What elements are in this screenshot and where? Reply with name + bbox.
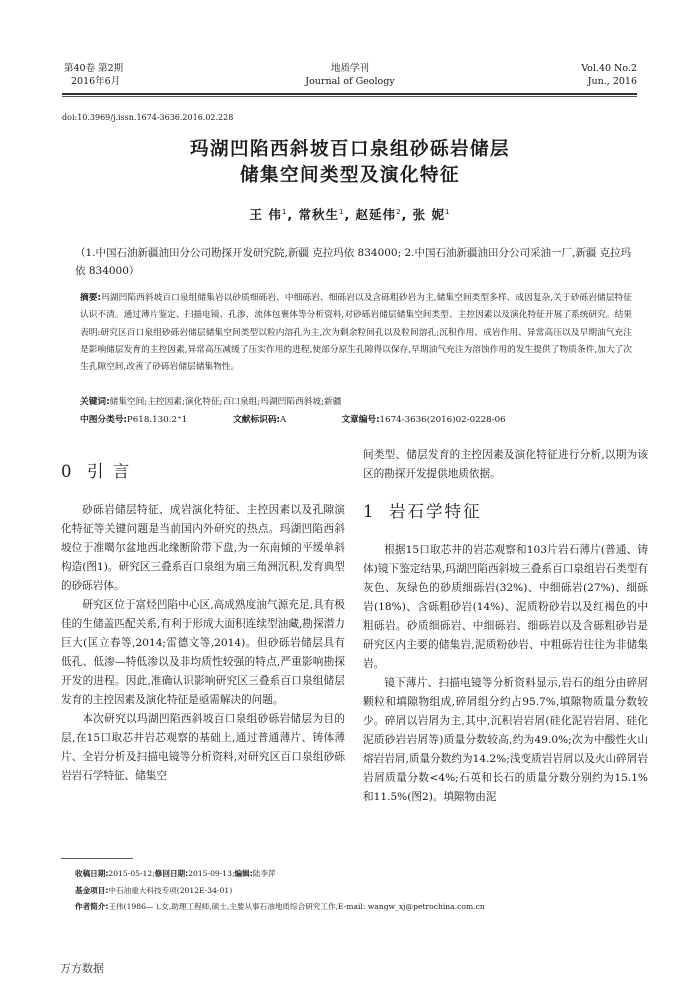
abstract-label: 摘要: — [80, 293, 101, 303]
author-affil-mark: 1 — [445, 208, 450, 216]
keywords-label: 关键词: — [80, 397, 110, 407]
author-separator: , — [402, 207, 413, 222]
footnote-dates: 收稿日期:2015-05-12;修回日期:2015-09-13;编辑:陆李萍 — [75, 866, 655, 883]
footnote-funding: 基金项目:中石油重大科技专项(2012E-34-01) — [75, 883, 655, 900]
author-bio-label: 作者简介: — [75, 902, 108, 911]
author-name: 张 妮 — [413, 207, 445, 222]
abstract: 摘要:玛湖凹陷西斜坡百口泉组储集岩以砂质细砾岩、中细砾岩、细砾岩以及含砾粗砂岩为… — [80, 290, 632, 376]
affiliations: （1.中国石油新疆油田分公司勘探开发研究院,新疆 克拉玛依 834000; 2.… — [75, 244, 635, 280]
doc-code-value: A — [280, 415, 286, 425]
section-number: 1 — [363, 502, 389, 521]
received-label: 收稿日期: — [75, 869, 108, 878]
section-heading-intro: 0引 言 — [61, 462, 345, 481]
paragraph-continuation: 间类型、储层发育的主控因素及演化特征进行分析,以期为该区的勘探开发提供地质依据。 — [363, 446, 648, 484]
title-line-2: 储集空间类型及演化特征 — [0, 163, 700, 189]
left-column: 0引 言 砂砾岩储层特征、成岩演化特征、主控因素以及孔隙演化特征等关键问题是当前… — [61, 462, 345, 786]
paragraph: 镜下薄片、扫描电镜等分析资料显示,岩石的组分由碎屑颗粒和填隙物组成,碎屑组分约占… — [363, 674, 648, 807]
author-name: 常秋生 — [298, 207, 339, 222]
title-line-1: 玛湖凹陷西斜坡百口泉组砂砾岩储层 — [0, 137, 700, 163]
footnotes: 收稿日期:2015-05-12;修回日期:2015-09-13;编辑:陆李萍 基… — [75, 866, 655, 916]
keywords-text: 储集空间;主控因素;演化特征;百口泉组;玛湖凹陷西斜坡;新疆 — [110, 397, 342, 407]
keywords: 关键词:储集空间;主控因素;演化特征;百口泉组;玛湖凹陷西斜坡;新疆 — [80, 394, 640, 411]
paragraph: 研究区位于富烃凹陷中心区,高成熟度油气源充足,具有极佳的生储盖匹配关系,有利于形… — [61, 596, 345, 710]
editor-name: 陆李萍 — [253, 869, 276, 878]
article-no-value: 1674-3636(2016)02-0228-06 — [380, 415, 506, 425]
editor-label: 编辑: — [235, 869, 253, 878]
watermark: 万方数据 — [60, 960, 104, 976]
section-title: 引 言 — [87, 462, 131, 481]
article-no-label: 文章编号: — [341, 415, 379, 425]
right-column: 间类型、储层发育的主控因素及演化特征进行分析,以期为该区的勘探开发提供地质依据。… — [363, 446, 648, 807]
author-name: 王 伟 — [250, 207, 282, 222]
header-rule-thick — [62, 93, 637, 95]
section-title: 岩石学特征 — [389, 502, 482, 521]
funding-text: 中石油重大科技专项(2012E-34-01) — [108, 886, 232, 895]
footnote-author-bio: 作者简介:王伟(1986— ),女,助理工程师,硕士,主要从事石油地质综合研究工… — [75, 899, 655, 916]
author-bio-text: 王伟(1986— ),女,助理工程师,硕士,主要从事石油地质综合研究工作,E-m… — [108, 902, 484, 911]
doc-code-label: 文献标识码: — [233, 415, 280, 425]
revised-date: 2015-09-13; — [188, 869, 234, 878]
paragraph: 砂砾岩储层特征、成岩演化特征、主控因素以及孔隙演化特征等关键问题是当前国内外研究… — [61, 501, 345, 596]
clc-label: 中图分类号: — [80, 415, 127, 425]
paragraph: 根据15口取芯井的岩芯观察和103片岩石薄片(普通、铸体)镜下鉴定结果,玛湖凹陷… — [363, 541, 648, 674]
section-heading-petrology: 1岩石学特征 — [363, 502, 648, 521]
article-title: 玛湖凹陷西斜坡百口泉组砂砾岩储层 储集空间类型及演化特征 — [0, 137, 700, 189]
received-date: 2015-05-12; — [108, 869, 154, 878]
section-number: 0 — [61, 462, 87, 481]
doi[interactable]: doi:10.3969/j.issn.1674-3636.2016.02.228 — [62, 113, 233, 122]
revised-label: 修回日期: — [155, 869, 188, 878]
paragraph: 本次研究以玛湖凹陷西斜坡百口泉组砂砾岩储层为目的层,在15口取芯井岩芯观察的基础… — [61, 710, 345, 786]
classification-line: 中图分类号:P618.130.2⁺1文献标识码:A文章编号:1674-3636(… — [80, 412, 640, 429]
publish-date-en: Jun., 2016 — [581, 75, 637, 88]
header-rule-thin — [62, 96, 637, 97]
author-name: 赵延伟 — [356, 207, 397, 222]
author-list: 王 伟1, 常秋生1, 赵延伟2, 张 妮1 — [0, 205, 700, 223]
author-separator: , — [287, 207, 298, 222]
footnote-rule — [61, 858, 133, 859]
abstract-text: 玛湖凹陷西斜坡百口泉组储集岩以砂质细砾岩、中细砾岩、细砾岩以及含砾粗砂岩为主,储… — [80, 293, 632, 372]
header-volume-en: Vol.40 No.2 Jun., 2016 — [581, 62, 637, 88]
volume-issue-en: Vol.40 No.2 — [581, 62, 637, 75]
funding-label: 基金项目: — [75, 886, 108, 895]
author-separator: , — [344, 207, 355, 222]
clc-value: P618.130.2⁺1 — [127, 415, 187, 425]
